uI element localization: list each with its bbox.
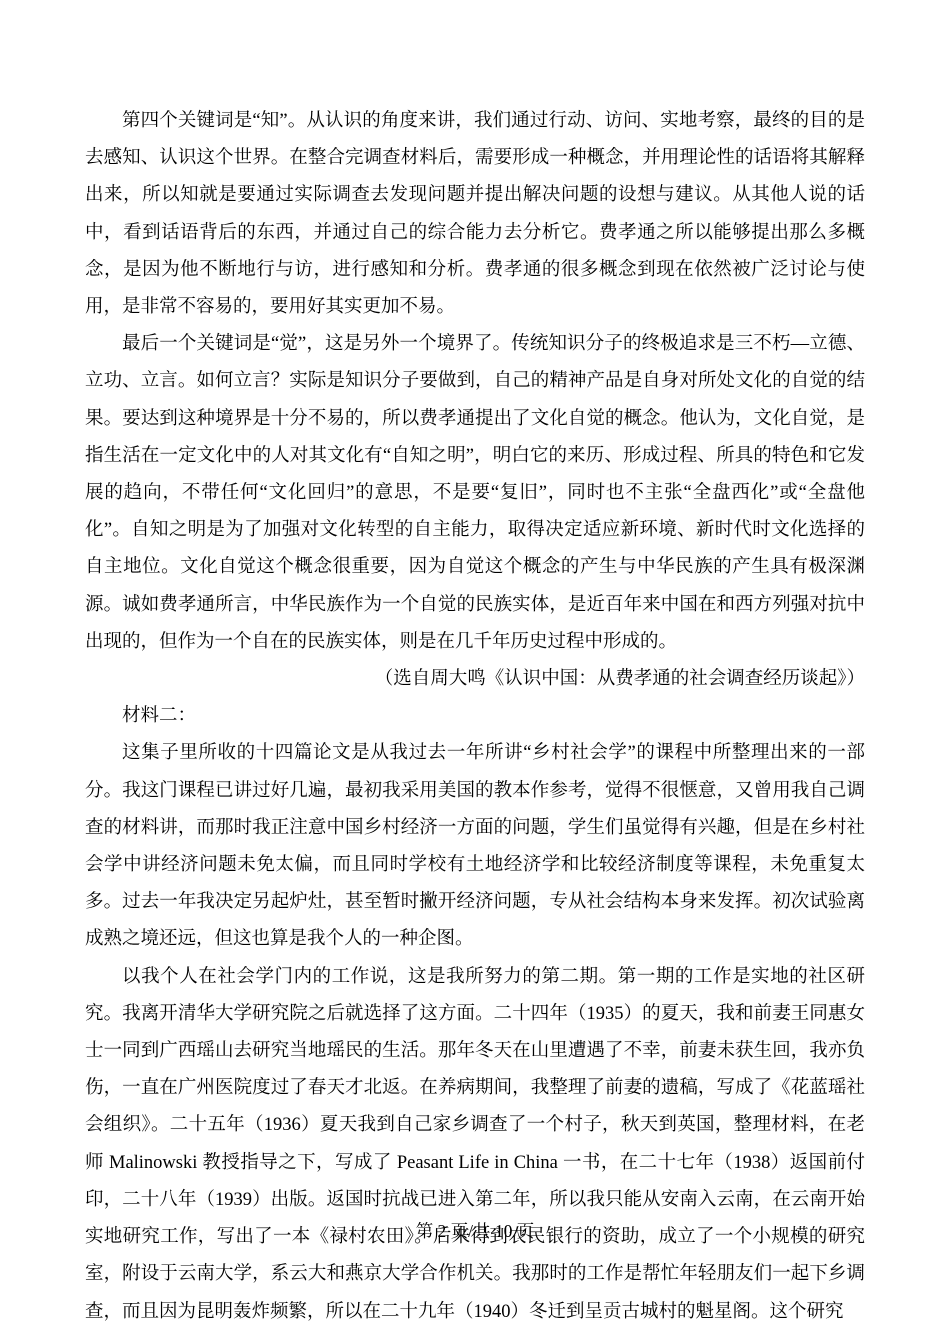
- page-content: 第四个关键词是“知”。从认识的角度来讲，我们通过行动、访问、实地考察，最终的目的…: [85, 103, 865, 1331]
- paragraph-keyword-jue: 最后一个关键词是“觉”，这是另外一个境界了。传统知识分子的终极追求是三不朽—立德…: [85, 326, 865, 661]
- citation-line: （选自周大鸣《认识中国：从费孝通的社会调查经历谈起》）: [85, 661, 865, 698]
- paragraph-lecture-notes: 这集子里所收的十四篇论文是从我过去一年所讲“乡村社会学”的课程中所整理出来的一部…: [85, 735, 865, 958]
- document-page: 第四个关键词是“知”。从认识的角度来讲，我们通过行动、访问、实地考察，最终的目的…: [0, 0, 950, 1344]
- material-two-heading: 材料二：: [85, 698, 865, 735]
- paragraph-fieldwork-history: 以我个人在社会学门内的工作说，这是我所努力的第二期。第一期的工作是实地的社区研究…: [85, 959, 865, 1331]
- paragraph-keyword-zhi: 第四个关键词是“知”。从认识的角度来讲，我们通过行动、访问、实地考察，最终的目的…: [85, 103, 865, 326]
- page-number-footer: 第 2 页/共 10 页: [0, 1219, 950, 1243]
